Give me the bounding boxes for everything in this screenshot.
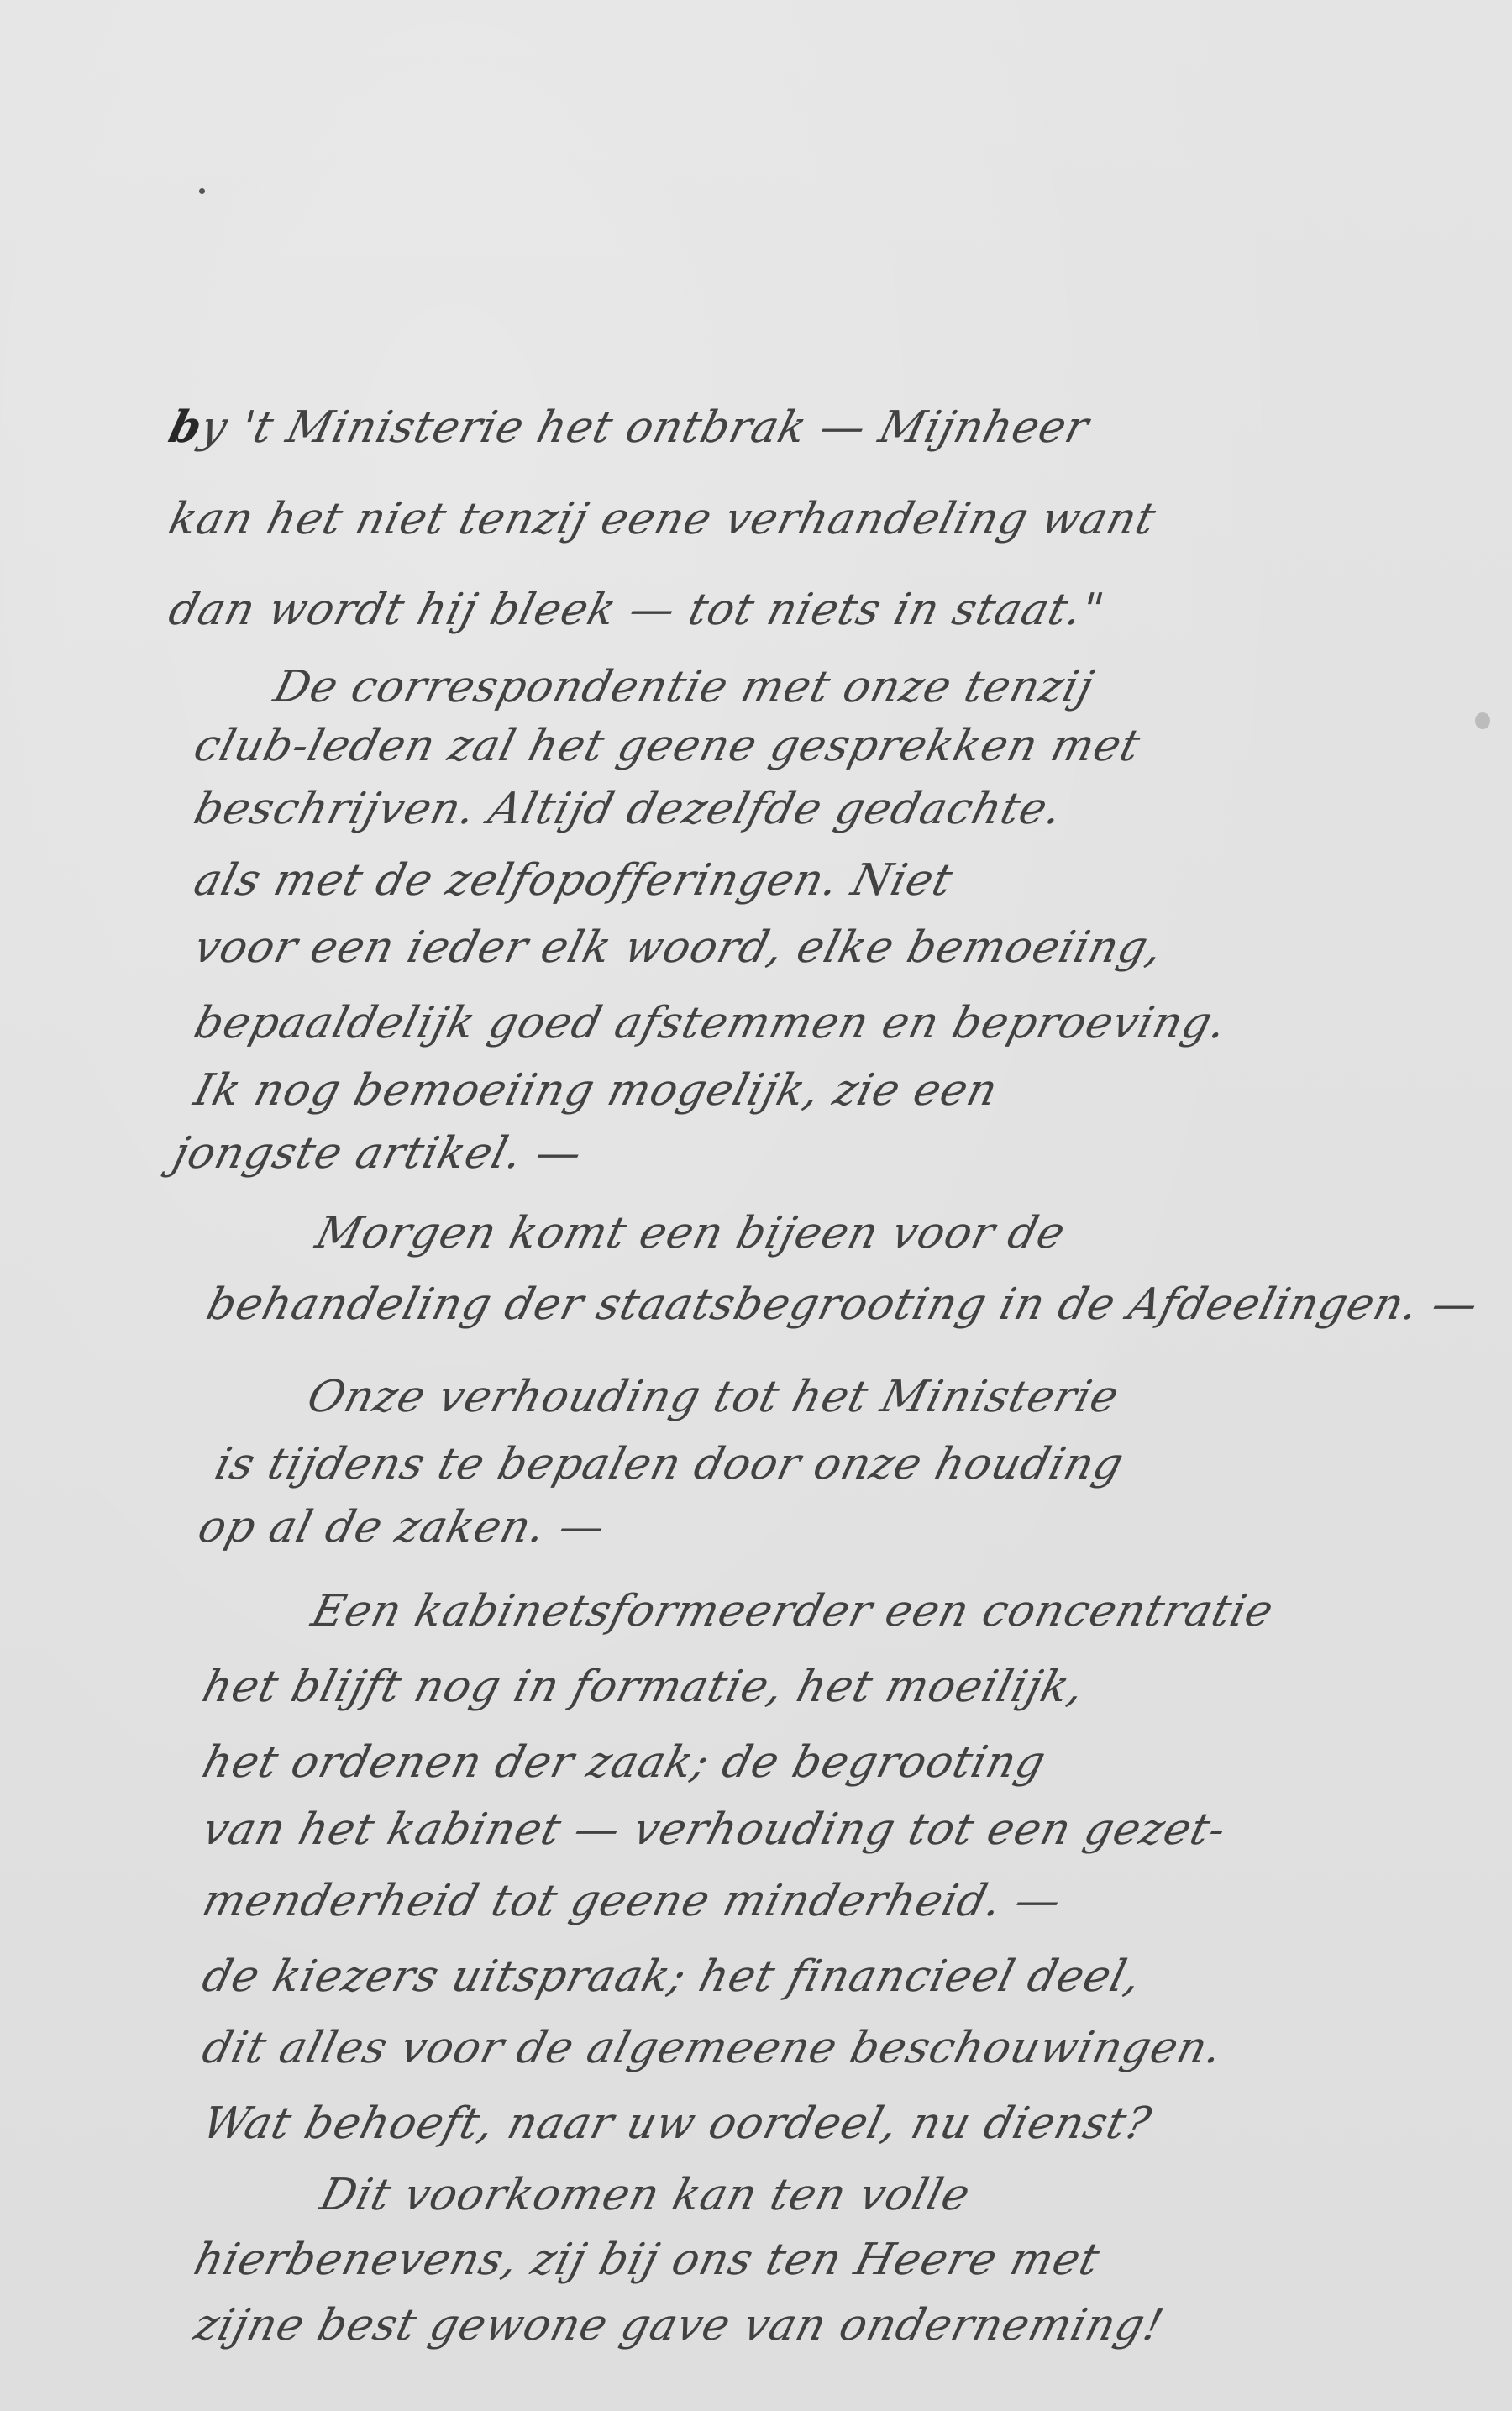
document-page: by 't Ministerie het ontbrak — Mijnheer … bbox=[0, 0, 1512, 2411]
text-line: jongste artikel. — bbox=[168, 1128, 587, 1179]
text-line: menderheid tot geene minderheid. — bbox=[197, 1876, 1067, 1926]
text-line: beschrijven. Altijd dezelfde gedachte. bbox=[189, 784, 1068, 834]
text-line: het ordenen der zaak; de begrooting bbox=[197, 1737, 1051, 1788]
text-line: Dit voorkomen kan ten volle bbox=[315, 2170, 975, 2220]
text-line: het blijft nog in formatie, het moeilijk… bbox=[197, 1662, 1089, 1712]
text-line: van het kabinet — verhouding tot een gez… bbox=[197, 1804, 1231, 1855]
text-line: is tijdens te bepalen door onze houding bbox=[210, 1439, 1129, 1489]
text-line: als met de zelfopofferingen. Niet bbox=[189, 855, 958, 906]
text-line: bepaaldelijk goed afstemmen en beproevin… bbox=[189, 998, 1232, 1048]
text-line: Onze verhouding tot het Ministerie bbox=[302, 1372, 1124, 1422]
text-line: Wat behoeft, naar uw oordeel, nu dienst? bbox=[197, 2098, 1157, 2149]
text-line: club-leden zal het geene gesprekken met bbox=[189, 721, 1146, 771]
text-line: Ik nog bemoeiing mogelijk, zie een bbox=[189, 1065, 1003, 1116]
handwritten-text-block: by 't Ministerie het ontbrak — Mijnheer … bbox=[0, 0, 1512, 2411]
text-line: by 't Ministerie het ontbrak — Mijnheer bbox=[164, 402, 1095, 453]
text-line: dan wordt hij bleek — tot niets in staat… bbox=[164, 585, 1110, 635]
text-line: behandeling der staatsbegrooting in de A… bbox=[202, 1279, 1483, 1330]
text-line: zijne best gewone gave van onderneming! bbox=[189, 2300, 1169, 2351]
text-line: hierbenevens, zij bij ons ten Heere met bbox=[189, 2235, 1105, 2285]
text-line: op al de zaken. — bbox=[193, 1502, 611, 1552]
text-line: dit alles voor de algemeene beschouwinge… bbox=[197, 2023, 1228, 2073]
text-line: kan het niet tenzij eene verhandeling wa… bbox=[164, 494, 1161, 544]
text-line: Morgen komt een bijeen voor de bbox=[311, 1208, 1071, 1258]
text-line: Een kabinetsformeerder een concentratie bbox=[307, 1586, 1278, 1636]
text-line: voor een ieder elk woord, elke bemoeiing… bbox=[189, 922, 1168, 973]
text-line: de kiezers uitspraak; het financieel dee… bbox=[197, 1951, 1147, 2002]
text-line: De correspondentie met onze tenzij bbox=[269, 662, 1099, 712]
